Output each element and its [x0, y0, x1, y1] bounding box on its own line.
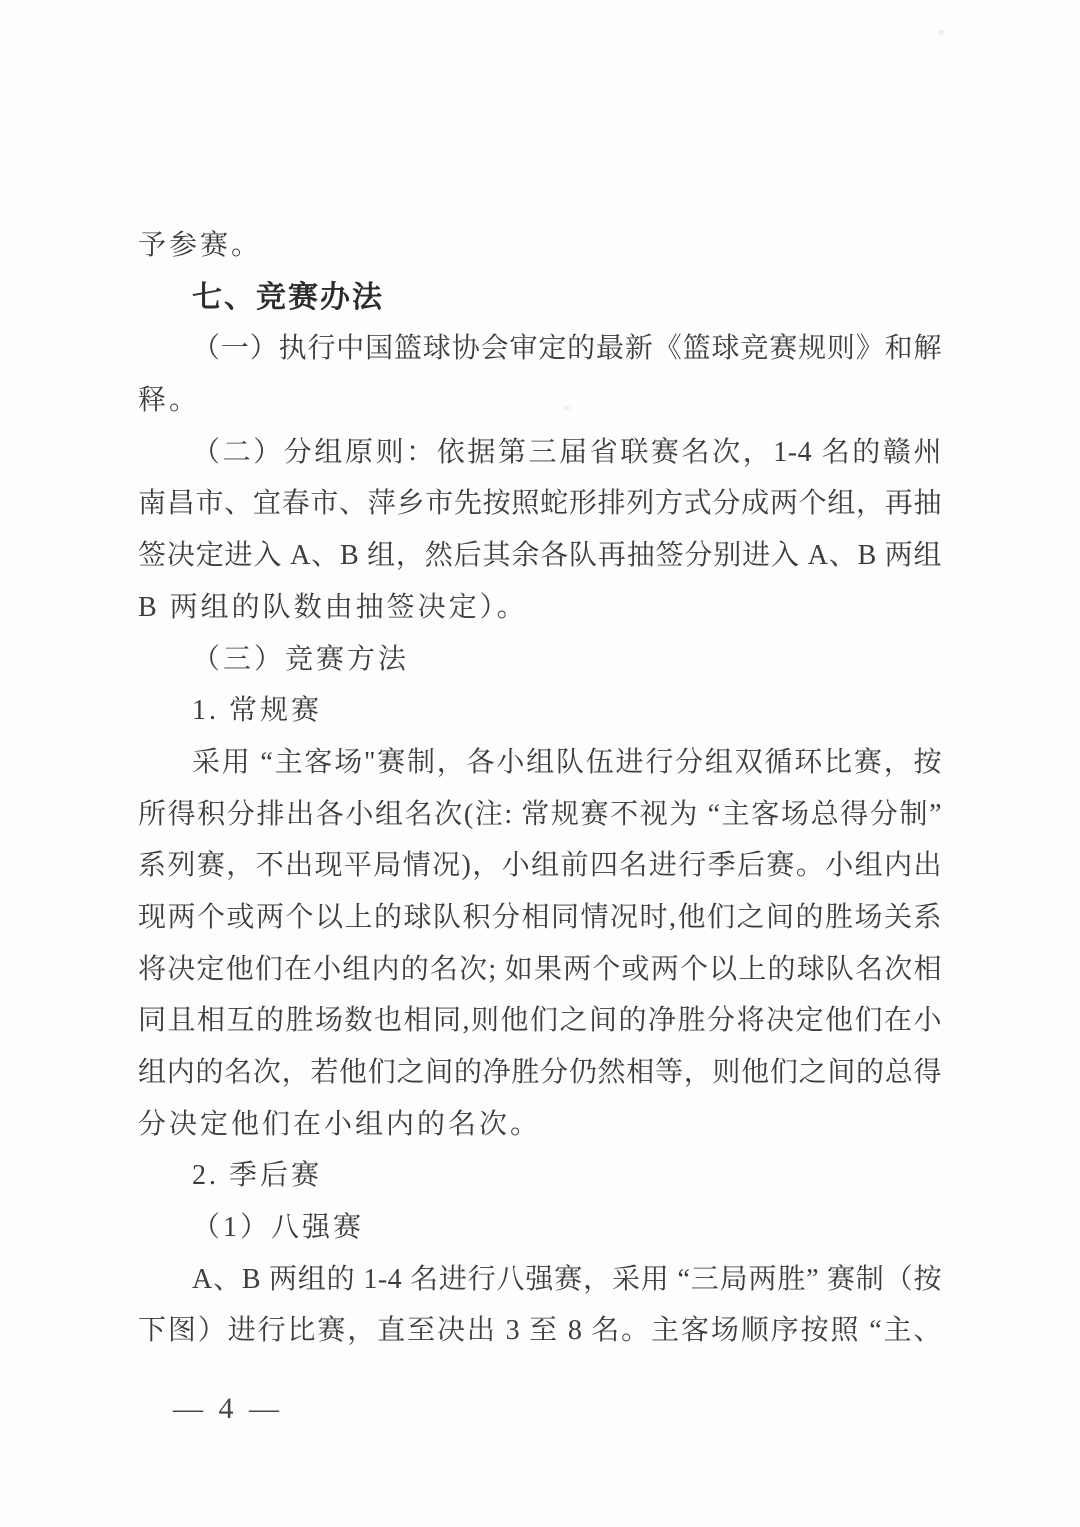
- scan-speck: [938, 30, 944, 35]
- doc-line-item-2-end: B 两组的队数由抽签决定）。: [138, 582, 942, 634]
- doc-line-qf-para-start: A、B 两组的 1-4 名进行八强赛，采用 “三局两胜” 赛制（按: [138, 1254, 942, 1306]
- document-text-block: 予参赛。 七、竞赛办法 （一）执行中国篮球协会审定的最新《篮球竞赛规则》和解 释…: [138, 220, 942, 1357]
- doc-line-item-1-start: （一）执行中国篮球协会审定的最新《篮球竞赛规则》和解: [138, 323, 942, 375]
- doc-line-continuation: 予参赛。: [138, 220, 942, 272]
- doc-line-item-3-heading: （三）竞赛方法: [138, 634, 942, 686]
- doc-line-para-cont-5: 同且相互的胜场数也相同,则他们之间的净胜分将决定他们在小: [138, 995, 942, 1047]
- doc-line-para-cont-2: 系列赛，不出现平局情况)，小组前四名进行季后赛。小组内出: [138, 840, 942, 892]
- document-page: 予参赛。 七、竞赛办法 （一）执行中国篮球协会审定的最新《篮球竞赛规则》和解 释…: [0, 0, 1080, 1527]
- doc-line-para-cont-6: 组内的名次，若他们之间的净胜分仍然相等，则他们之间的总得: [138, 1047, 942, 1099]
- doc-line-item-2-cont-2: 签决定进入 A、B 组，然后其余各队再抽签分别进入 A、B 两组（A、: [138, 530, 942, 582]
- doc-line-item-1-end: 释。: [138, 375, 942, 427]
- doc-line-item-2-start: （二）分组原则：依据第三届省联赛名次，1-4 名的赣州市、: [138, 427, 942, 479]
- section-heading-7: 七、竞赛办法: [138, 272, 942, 324]
- doc-line-qf-para-cont: 下图）进行比赛，直至决出 3 至 8 名。主客场顺序按照 “主、客、: [138, 1305, 942, 1357]
- scan-speck: [565, 406, 570, 410]
- page-number: — 4 —: [173, 1392, 283, 1426]
- doc-line-para-start: 采用 “主客场"赛制，各小组队伍进行分组双循环比赛，按: [138, 737, 942, 789]
- doc-line-para-cont-3: 现两个或两个以上的球队积分相同情况时,他们之间的胜场关系: [138, 892, 942, 944]
- doc-line-item-2-cont-1: 南昌市、宜春市、萍乡市先按照蛇形排列方式分成两个组，再抽: [138, 478, 942, 530]
- doc-line-quarterfinals: （1）八强赛: [138, 1202, 942, 1254]
- doc-line-playoffs: 2. 季后赛: [138, 1150, 942, 1202]
- doc-line-para-cont-1: 所得积分排出各小组名次(注: 常规赛不视为 “主客场总得分制”: [138, 789, 942, 841]
- doc-line-regular-season: 1. 常规赛: [138, 685, 942, 737]
- doc-line-para-cont-4: 将决定他们在小组内的名次; 如果两个或两个以上的球队名次相: [138, 944, 942, 996]
- doc-line-para-end: 分决定他们在小组内的名次。: [138, 1099, 942, 1151]
